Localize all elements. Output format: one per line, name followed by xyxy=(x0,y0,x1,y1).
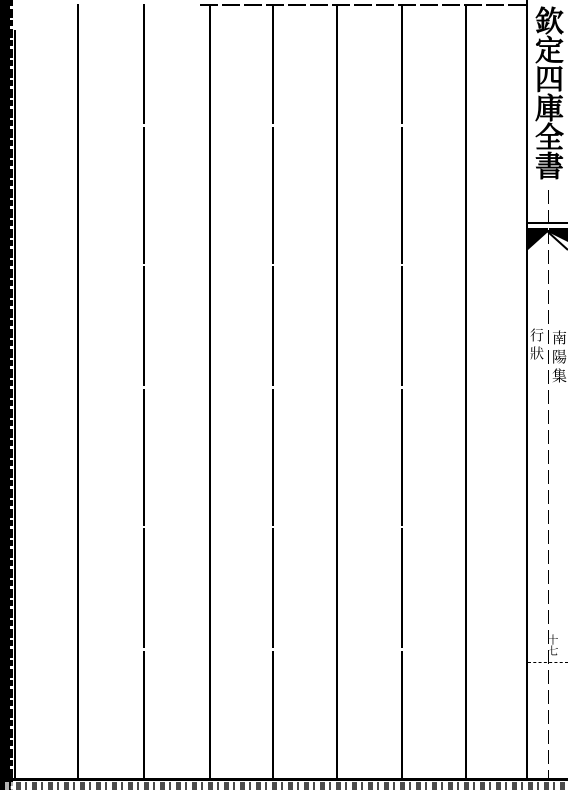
column-rule xyxy=(336,4,338,779)
lower-fold-box xyxy=(528,662,568,779)
column-rule xyxy=(77,4,79,779)
page-number: 十七 xyxy=(547,634,558,656)
bottom-border-line xyxy=(6,778,568,781)
binding-edge xyxy=(0,0,10,790)
left-border-line xyxy=(14,30,16,780)
collection-title: 欽定四庫全書 xyxy=(532,6,564,180)
top-border-line xyxy=(200,4,530,6)
section-label: 行狀 xyxy=(529,328,543,364)
column-rule xyxy=(143,4,145,779)
column-rule xyxy=(209,4,211,779)
column-rule xyxy=(272,4,274,779)
column-rule xyxy=(401,4,403,779)
scanned-book-page: 欽定四庫全書 南陽集 行狀 十七 xyxy=(0,0,568,790)
scan-edge-noise xyxy=(0,782,568,790)
book-title: 南陽集 xyxy=(551,330,566,387)
column-rule xyxy=(465,4,467,779)
